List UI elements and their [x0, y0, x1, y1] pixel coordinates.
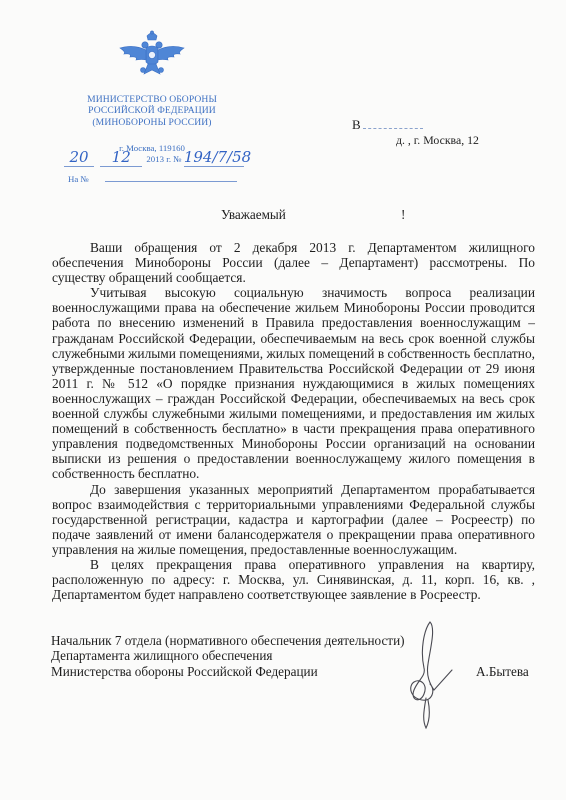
reg-number-field: 194/7/58: [184, 148, 244, 167]
reg-number: 194/7/58: [184, 148, 251, 166]
reg-day-field: 20: [64, 148, 94, 167]
reply-to-underline: [105, 174, 237, 182]
ministry-line: РОССИЙСКОЙ ФЕДЕРАЦИИ: [72, 105, 232, 116]
ministry-line: МИНИСТЕРСТВО ОБОРОНЫ: [72, 94, 232, 105]
salutation: Уважаемый: [221, 207, 286, 222]
letterhead: МИНИСТЕРСТВО ОБОРОНЫ РОССИЙСКОЙ ФЕДЕРАЦИ…: [72, 30, 232, 153]
body-paragraph: Учитывая высокую социальную значимость в…: [52, 285, 535, 481]
redacted-name: [363, 120, 423, 129]
recipient-name: В: [352, 117, 423, 133]
reg-day: 20: [69, 148, 88, 166]
recipient-initial: В: [352, 117, 361, 132]
position-line: Начальник 7 отдела (нормативного обеспеч…: [51, 633, 405, 648]
position-line: Министерства обороны Российской Федераци…: [51, 664, 405, 679]
handwritten-signature-icon: [400, 620, 460, 730]
reg-year-label: 2013 г. №: [146, 154, 181, 164]
faint-stamp-mark: [405, 770, 555, 780]
ministry-line: (МИНОБОРОНЫ РОССИИ): [72, 117, 232, 128]
recipient-address: д. , г. Москва, 12: [396, 133, 479, 148]
reg-month-field: 12: [100, 148, 142, 167]
letter-body: Ваши обращения от 2 декабря 2013 г. Депа…: [52, 240, 535, 602]
body-paragraph: Ваши обращения от 2 декабря 2013 г. Депа…: [52, 240, 535, 285]
reply-to-line: На №: [68, 174, 237, 184]
body-paragraph: До завершения указанных мероприятий Депа…: [52, 482, 535, 557]
registration-line: 20 12 2013 г. № 194/7/58: [64, 148, 244, 167]
double-headed-eagle-icon: [116, 30, 188, 82]
signer-name: А.Бытева: [476, 664, 529, 680]
ministry-name: МИНИСТЕРСТВО ОБОРОНЫ РОССИЙСКОЙ ФЕДЕРАЦИ…: [72, 94, 232, 128]
position-line: Департамента жилищного обеспечения: [51, 648, 405, 663]
body-paragraph: В целях прекращения права оперативного у…: [52, 557, 535, 602]
signer-position: Начальник 7 отдела (нормативного обеспеч…: [51, 633, 405, 679]
reg-month: 12: [112, 148, 131, 166]
greeting: Уважаемый !: [221, 207, 286, 223]
greeting-exclamation: !: [401, 207, 405, 223]
reply-to-label: На №: [68, 174, 89, 184]
